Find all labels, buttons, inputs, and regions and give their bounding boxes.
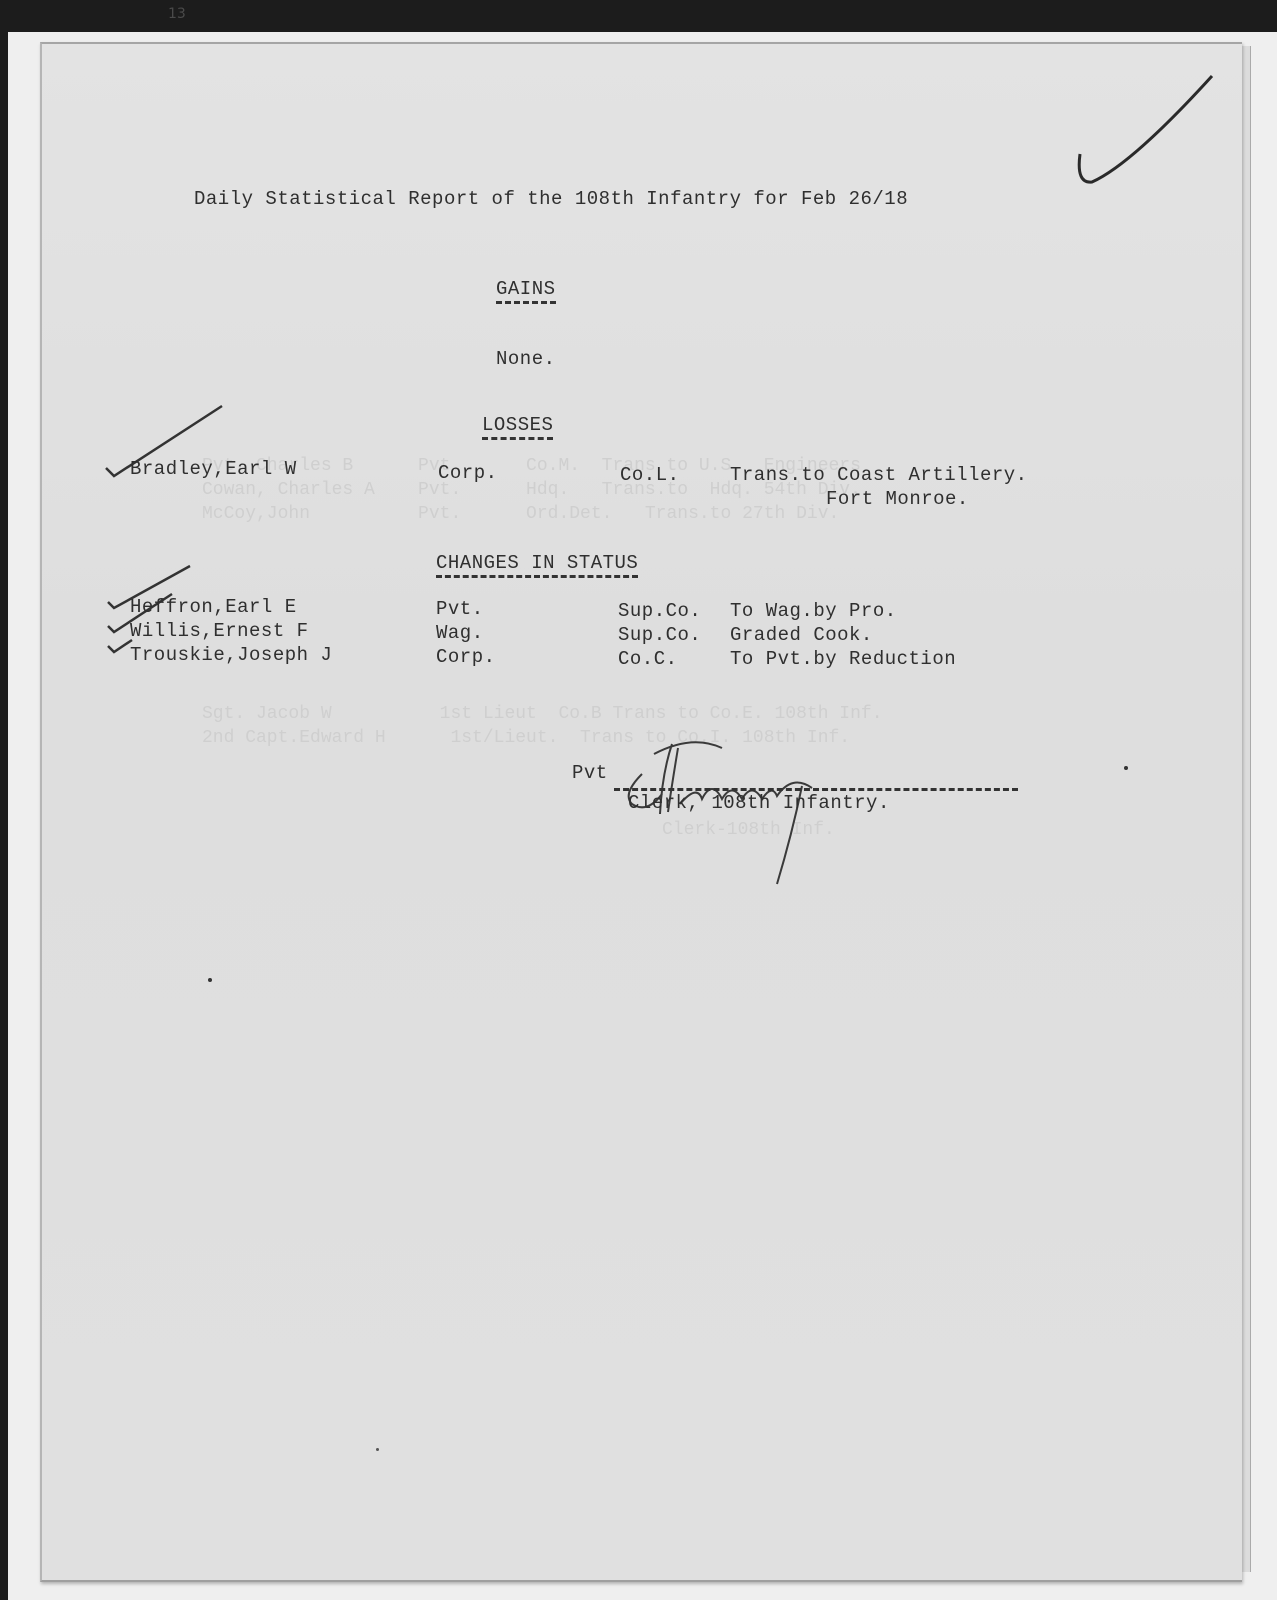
dust-speck	[376, 1448, 379, 1451]
signature-line	[614, 788, 1018, 791]
status-company: Sup.Co.	[618, 624, 701, 646]
scanner-frame-top	[0, 0, 1277, 32]
status-rank: Corp.	[436, 646, 496, 668]
loss-remark: Trans.to Coast Artillery.	[730, 464, 1028, 486]
status-remark: Graded Cook.	[730, 624, 873, 646]
status-rank: Pvt.	[436, 598, 484, 620]
loss-name: Bradley,Earl W	[130, 458, 297, 480]
dust-speck	[208, 978, 212, 982]
losses-heading: LOSSES	[482, 414, 553, 440]
loss-remark-line2: Fort Monroe.	[826, 488, 969, 510]
scanner-frame-left	[0, 0, 8, 1600]
status-name: Heffron,Earl E	[130, 596, 297, 618]
status-company: Co.C.	[618, 648, 678, 670]
frame-mark: 13	[168, 6, 186, 22]
gains-heading: GAINS	[496, 278, 556, 304]
gains-none: None.	[496, 348, 556, 370]
status-remark: To Wag.by Pro.	[730, 600, 897, 622]
dust-speck	[1124, 766, 1128, 770]
changes-heading: CHANGES IN STATUS	[436, 552, 638, 578]
document-page: Pvt. Charles B Pvt. Co.M. Trans to U.S. …	[40, 42, 1242, 1582]
report-title: Daily Statistical Report of the 108th In…	[194, 188, 908, 210]
status-rank: Wag.	[436, 622, 484, 644]
status-remark: To Pvt.by Reduction	[730, 648, 956, 670]
status-name: Trouskie,Joseph J	[130, 644, 332, 666]
status-name: Willis,Ernest F	[130, 620, 309, 642]
check-mark-icon	[1072, 54, 1222, 184]
loss-company: Co.L.	[620, 464, 680, 486]
bleed-through-text: McCoy,John Pvt. Ord.Det. Trans.to 27th D…	[202, 504, 839, 524]
loss-rank: Corp.	[438, 462, 498, 484]
status-company: Sup.Co.	[618, 600, 701, 622]
signature-title: Clerk, 108th Infantry.	[628, 792, 890, 814]
